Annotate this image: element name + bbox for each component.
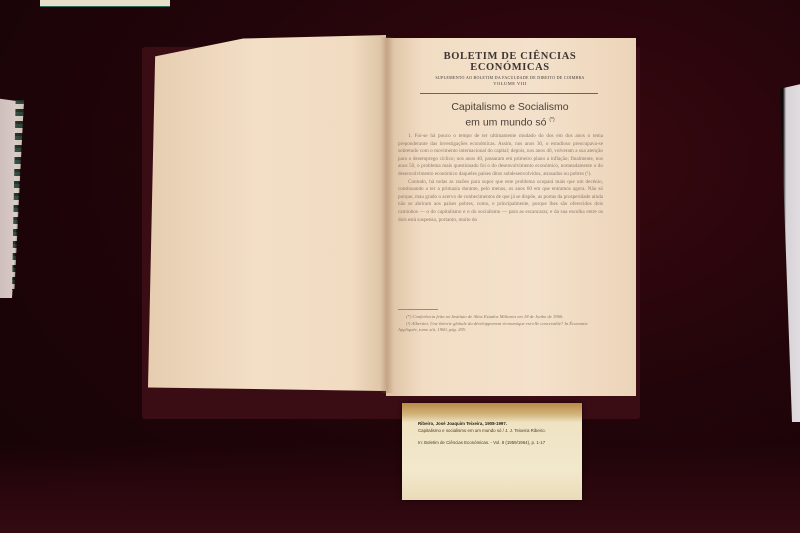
- label-source: In: Boletim de Ciências Económicas. - Vo…: [418, 439, 578, 446]
- journal-subtitle: SUPLEMENTO AO BOLETIM DA FACULDADE DE DI…: [410, 75, 610, 80]
- adjacent-document-edge: [40, 0, 170, 7]
- body-paragraph: Contudo, há todas as razões para supor q…: [398, 179, 603, 225]
- blank-left-page: [148, 35, 386, 391]
- journal-volume: VOLUME VIII: [410, 81, 610, 86]
- label-author: Ribeiro, José Joaquim Teixeira, 1908-199…: [418, 420, 578, 427]
- journal-header: BOLETIM DE CIÊNCIAS ECONÓMICAS SUPLEMENT…: [410, 51, 610, 86]
- article-title-line1: Capitalismo e Socialismo: [410, 101, 610, 114]
- adjacent-book-right: [780, 82, 800, 422]
- article-title-line2: em um mundo só: [465, 117, 546, 129]
- footnotes: (*) Conferência feita no Instituto de Al…: [398, 314, 603, 334]
- label-title: Capitalismo e socialismo em um mundo só …: [418, 427, 578, 434]
- article-body: 1. Foi-se há pouco o tempo de ter ultima…: [398, 133, 603, 224]
- exhibition-label-card: Ribeiro, José Joaquim Teixeira, 1908-199…: [402, 403, 582, 500]
- article-title: Capitalismo e Socialismo em um mundo só …: [410, 101, 610, 130]
- open-book: BOLETIM DE CIÊNCIAS ECONÓMICAS SUPLEMENT…: [140, 25, 640, 405]
- header-rule: [420, 93, 598, 94]
- footnote: (¹) Albertini, Une théorie globale du dé…: [398, 321, 603, 334]
- article-note-mark: (*): [549, 117, 554, 123]
- book-gutter: [380, 37, 394, 393]
- journal-title: BOLETIM DE CIÊNCIAS ECONÓMICAS: [410, 51, 610, 73]
- velvet-background-fold: [0, 443, 800, 533]
- body-paragraph: 1. Foi-se há pouco o tempo de ter ultima…: [398, 133, 603, 179]
- footnote-rule: [398, 309, 438, 310]
- label-text: Ribeiro, José Joaquim Teixeira, 1908-199…: [418, 420, 578, 446]
- footnote: (*) Conferência feita no Instituto de Al…: [398, 314, 603, 321]
